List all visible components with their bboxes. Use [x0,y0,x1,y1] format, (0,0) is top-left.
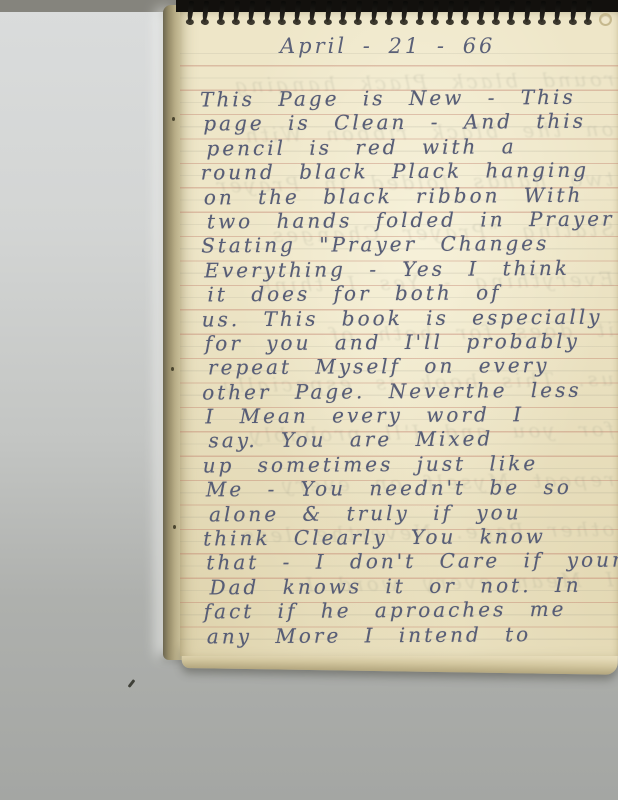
handwriting-line: us. This book is especially [202,304,616,331]
coil-loop [493,1,500,22]
handwriting-line: say. You are Mixed [208,426,616,453]
handwriting-line: round black Plack hanging [201,158,615,185]
handwriting-line: page is Clean - And this [203,109,614,136]
coil-loop [263,1,270,22]
coil-loop [447,1,454,22]
coil-loop [401,1,408,22]
punch-hole [599,13,612,26]
handwriting-line: for you and I'll probably [205,328,616,355]
coil-loop [233,1,240,22]
coil-loop [508,1,515,22]
spine-speck [173,525,176,529]
handwriting-line: two hands folded in Prayer [207,207,615,234]
handwriting-line: Dad knows it or not. In [209,572,617,599]
handwriting-line: alone & truly if you [209,499,617,526]
coil-loop [248,1,255,22]
handwriting-line: repeat Myself on every [208,353,616,380]
coil-loop [325,1,332,22]
date-heading: April - 21 - 66 [280,34,495,58]
coil-loop [294,1,301,22]
handwriting-line: This Page is New - This [200,85,614,112]
coil-loop [371,1,378,22]
scanned-notebook-photo: round black Plack hangingon the black ri… [0,0,618,800]
coil-loop [279,1,286,22]
spiral-binding [176,0,618,32]
coil-loop [569,1,576,22]
coil-loop [309,1,316,22]
spine-speck [171,367,174,371]
coil-loop [539,1,546,22]
spine-speck [172,117,175,121]
handwriting-line: it does for both of [207,280,615,307]
handwriting-line: that - I don't Care if your [206,548,617,575]
coil-loop [187,1,194,22]
handwriting-line: other Page. Neverthe less [202,377,616,404]
coil-loop [355,1,362,22]
coil-loop [585,1,592,22]
handwriting-line: Stating "Prayer Changes [201,231,615,258]
coil-loop [432,1,439,22]
coil-loop [554,1,561,22]
dust-speck [128,679,136,688]
handwriting-line: I Mean every word I [205,402,616,429]
coil-loop [524,1,531,22]
handwriting-block: This Page is New - Thispage is Clean - A… [200,85,618,649]
handwriting-line: Everything - Yes I think [204,255,615,282]
handwriting-line: up sometimes just like [203,450,617,477]
handwriting-line: pencil is red with a [206,133,614,160]
handwriting-line: fact if he aproaches me [204,597,618,624]
coil-loop [340,1,347,22]
coil-loop [478,1,485,22]
notebook-page: round black Plack hangingon the black ri… [180,8,618,656]
handwriting-line: Me - You needn't be so [206,475,617,502]
handwriting-line: think Clearly You know [203,524,617,551]
handwriting-line: any More I intend to [207,621,618,648]
coil-loop [386,1,393,22]
coil-loop [462,1,469,22]
coil-loop [202,1,209,22]
coil-loop [218,1,225,22]
coil-loop [416,1,423,22]
handwriting-line: on the black ribbon With [204,182,615,209]
